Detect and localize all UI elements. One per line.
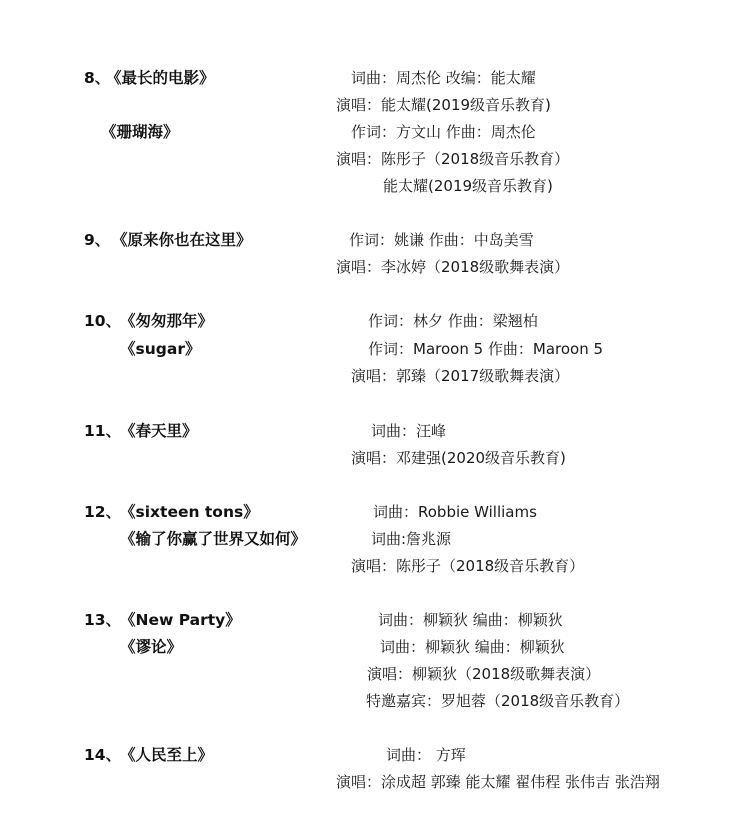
- item-number: 11、: [84, 422, 121, 440]
- song-title: 《春天里》: [120, 422, 198, 440]
- performer-line: 演唱：涂成超 郭臻 能太耀 翟伟程 张伟吉 张浩翔: [336, 773, 660, 791]
- item-number: 10、: [84, 312, 121, 330]
- credit-line: 词曲：柳颖狄 编曲：柳颖狄: [378, 611, 563, 629]
- credit-line: 作词：Maroon 5 作曲：Maroon 5: [368, 340, 603, 358]
- credit-line: 词曲： 方珲: [386, 746, 466, 764]
- credit-line: 词曲：柳颖狄 编曲：柳颖狄: [380, 638, 565, 656]
- performer-line: 演唱：郭臻（2017级歌舞表演）: [351, 367, 569, 385]
- song-title: 《sugar》: [120, 340, 200, 358]
- performer-line: 演唱：陈彤子（2018级音乐教育）: [351, 557, 584, 575]
- song-title: 《输了你赢了世界又如何》: [120, 530, 306, 548]
- song-title: 《谬论》: [120, 638, 182, 656]
- performer-line: 演唱：邓建强(2020级音乐教育): [351, 449, 566, 467]
- credit-line: 词曲：汪峰: [371, 422, 446, 440]
- song-title: 《sixteen tons》: [120, 503, 259, 521]
- credit-line: 作词：姚谦 作曲：中岛美雪: [349, 231, 534, 249]
- song-title: 《珊瑚海》: [101, 123, 179, 141]
- item-number: 14、: [84, 746, 121, 764]
- credit-line: 词曲：Robbie Williams: [373, 503, 537, 521]
- item-number: 13、: [84, 611, 121, 629]
- credit-line: 词曲:詹兆源: [371, 530, 451, 548]
- item-number: 12、: [84, 503, 121, 521]
- song-title: 《最长的电影》: [106, 69, 215, 87]
- item-number: 9、: [84, 231, 110, 249]
- credit-line: 作词：林夕 作曲：梁翘柏: [368, 312, 538, 330]
- song-title: 《人民至上》: [120, 746, 213, 764]
- performer-line: 演唱：李冰婷（2018级歌舞表演）: [336, 258, 569, 276]
- credit-line: 词曲：周杰伦 改编：能太耀: [351, 69, 536, 87]
- performer-line: 演唱：能太耀(2019级音乐教育): [336, 96, 551, 114]
- performer-line: 能太耀(2019级音乐教育): [383, 177, 553, 195]
- song-title: 《New Party》: [120, 611, 241, 629]
- performer-line: 演唱：柳颖狄（2018级歌舞表演）: [367, 665, 600, 683]
- guest-line: 特邀嘉宾：罗旭蓉（2018级音乐教育）: [366, 692, 629, 710]
- credit-line: 作词：方文山 作曲：周杰伦: [351, 123, 536, 141]
- song-title: 《原来你也在这里》: [112, 231, 252, 249]
- performer-line: 演唱：陈彤子（2018级音乐教育）: [336, 150, 569, 168]
- song-title: 《匆匆那年》: [120, 312, 213, 330]
